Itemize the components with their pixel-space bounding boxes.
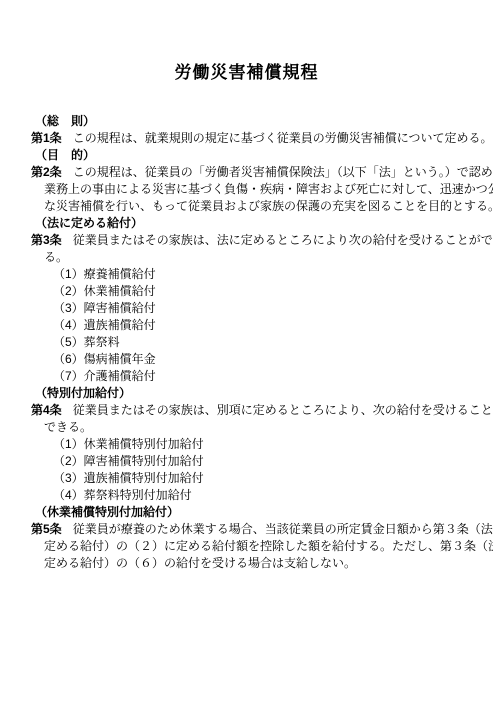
continuation-line: る。 xyxy=(0,249,493,266)
article-number: 第1条 xyxy=(31,131,62,145)
section-heading: （目 的） xyxy=(0,147,493,164)
line-text: （目 的） xyxy=(35,148,95,162)
continuation-line: できる。 xyxy=(0,419,493,436)
line-text: （1）休業補償特別付加給付 xyxy=(53,437,204,451)
section-heading: （特別付加給付） xyxy=(0,385,493,402)
line-text: る。 xyxy=(44,250,68,264)
article-line: 第5条従業員が療養のため休業する場合、当該従業員の所定賃金日額から第３条（法に xyxy=(0,521,493,538)
line-text: （4）葬祭料特別付加給付 xyxy=(53,488,192,502)
section-heading: （法に定める給付） xyxy=(0,215,493,232)
article-line: 第2条この規程は、従業員の「労働者災害補償保険法」（以下「法」という。）で認める xyxy=(0,164,493,181)
line-text: この規程は、従業員の「労働者災害補償保険法」（以下「法」という。）で認める xyxy=(73,165,493,179)
list-item: （3）遺族補償特別付加給付 xyxy=(0,470,493,487)
line-text: （5）葬祭料 xyxy=(53,335,120,349)
list-item: （1）療養補償給付 xyxy=(0,266,493,283)
line-text: （7）介護補償給付 xyxy=(53,369,156,383)
list-item: （3）障害補償給付 xyxy=(0,300,493,317)
line-text: （休業補償特別付加給付） xyxy=(35,505,179,519)
line-text: 従業員が療養のため休業する場合、当該従業員の所定賃金日額から第３条（法に xyxy=(73,522,493,536)
line-text: （2）障害補償特別付加給付 xyxy=(53,454,204,468)
article-number: 第4条 xyxy=(31,403,62,417)
article-number: 第5条 xyxy=(31,522,62,536)
section-heading: （総 則） xyxy=(0,113,493,130)
article-line: 第4条従業員またはその家族は、別項に定めるところにより、次の給付を受けることが xyxy=(0,402,493,419)
document-title: 労働災害補償規程 xyxy=(0,0,493,84)
continuation-line: な災害補償を行い、もって従業員および家族の保護の充実を図ることを目的とする。 xyxy=(0,198,493,215)
list-item: （6）傷病補償年金 xyxy=(0,351,493,368)
line-text: （2）休業補償給付 xyxy=(53,284,156,298)
line-text: 定める給付）の（２）に定める給付額を控除した額を給付する。ただし、第３条（法に xyxy=(44,539,493,553)
continuation-line: 定める給付）の（２）に定める給付額を控除した額を給付する。ただし、第３条（法に xyxy=(0,538,493,555)
line-text: （4）遺族補償給付 xyxy=(53,318,156,332)
article-number: 第2条 xyxy=(31,165,62,179)
list-item: （5）葬祭料 xyxy=(0,334,493,351)
continuation-line: 定める給付）の（６）の給付を受ける場合は支給しない。 xyxy=(0,555,493,572)
line-text: 業務上の事由による災害に基づく負傷・疾病・障害および死亡に対して、迅速かつ公正 xyxy=(44,182,493,196)
line-text: （6）傷病補償年金 xyxy=(53,352,156,366)
line-text: （3）障害補償給付 xyxy=(53,301,156,315)
list-item: （2）休業補償給付 xyxy=(0,283,493,300)
list-item: （7）介護補償給付 xyxy=(0,368,493,385)
line-text: （1）療養補償給付 xyxy=(53,267,156,281)
line-text: （総 則） xyxy=(35,114,95,128)
document-page: 労働災害補償規程 （総 則）第1条この規程は、就業規則の規定に基づく従業員の労働… xyxy=(0,0,493,711)
line-text: （特別付加給付） xyxy=(35,386,131,400)
list-item: （4）葬祭料特別付加給付 xyxy=(0,487,493,504)
line-text: （3）遺族補償特別付加給付 xyxy=(53,471,204,485)
article-number: 第3条 xyxy=(31,233,62,247)
list-item: （1）休業補償特別付加給付 xyxy=(0,436,493,453)
list-item: （2）障害補償特別付加給付 xyxy=(0,453,493,470)
line-text: できる。 xyxy=(44,420,92,434)
continuation-line: 業務上の事由による災害に基づく負傷・疾病・障害および死亡に対して、迅速かつ公正 xyxy=(0,181,493,198)
line-text: 従業員またはその家族は、別項に定めるところにより、次の給付を受けることが xyxy=(73,403,493,417)
list-item: （4）遺族補償給付 xyxy=(0,317,493,334)
article-line: 第3条従業員またはその家族は、法に定めるところにより次の給付を受けることができ xyxy=(0,232,493,249)
article-line: 第1条この規程は、就業規則の規定に基づく従業員の労働災害補償について定める。 xyxy=(0,130,493,147)
line-text: 従業員またはその家族は、法に定めるところにより次の給付を受けることができ xyxy=(73,233,493,247)
section-heading: （休業補償特別付加給付） xyxy=(0,504,493,521)
line-text: 定める給付）の（６）の給付を受ける場合は支給しない。 xyxy=(44,556,356,570)
line-text: この規程は、就業規則の規定に基づく従業員の労働災害補償について定める。 xyxy=(73,131,493,145)
line-text: な災害補償を行い、もって従業員および家族の保護の充実を図ることを目的とする。 xyxy=(44,199,493,213)
line-text: （法に定める給付） xyxy=(35,216,143,230)
document-body: （総 則）第1条この規程は、就業規則の規定に基づく従業員の労働災害補償について定… xyxy=(0,113,493,572)
